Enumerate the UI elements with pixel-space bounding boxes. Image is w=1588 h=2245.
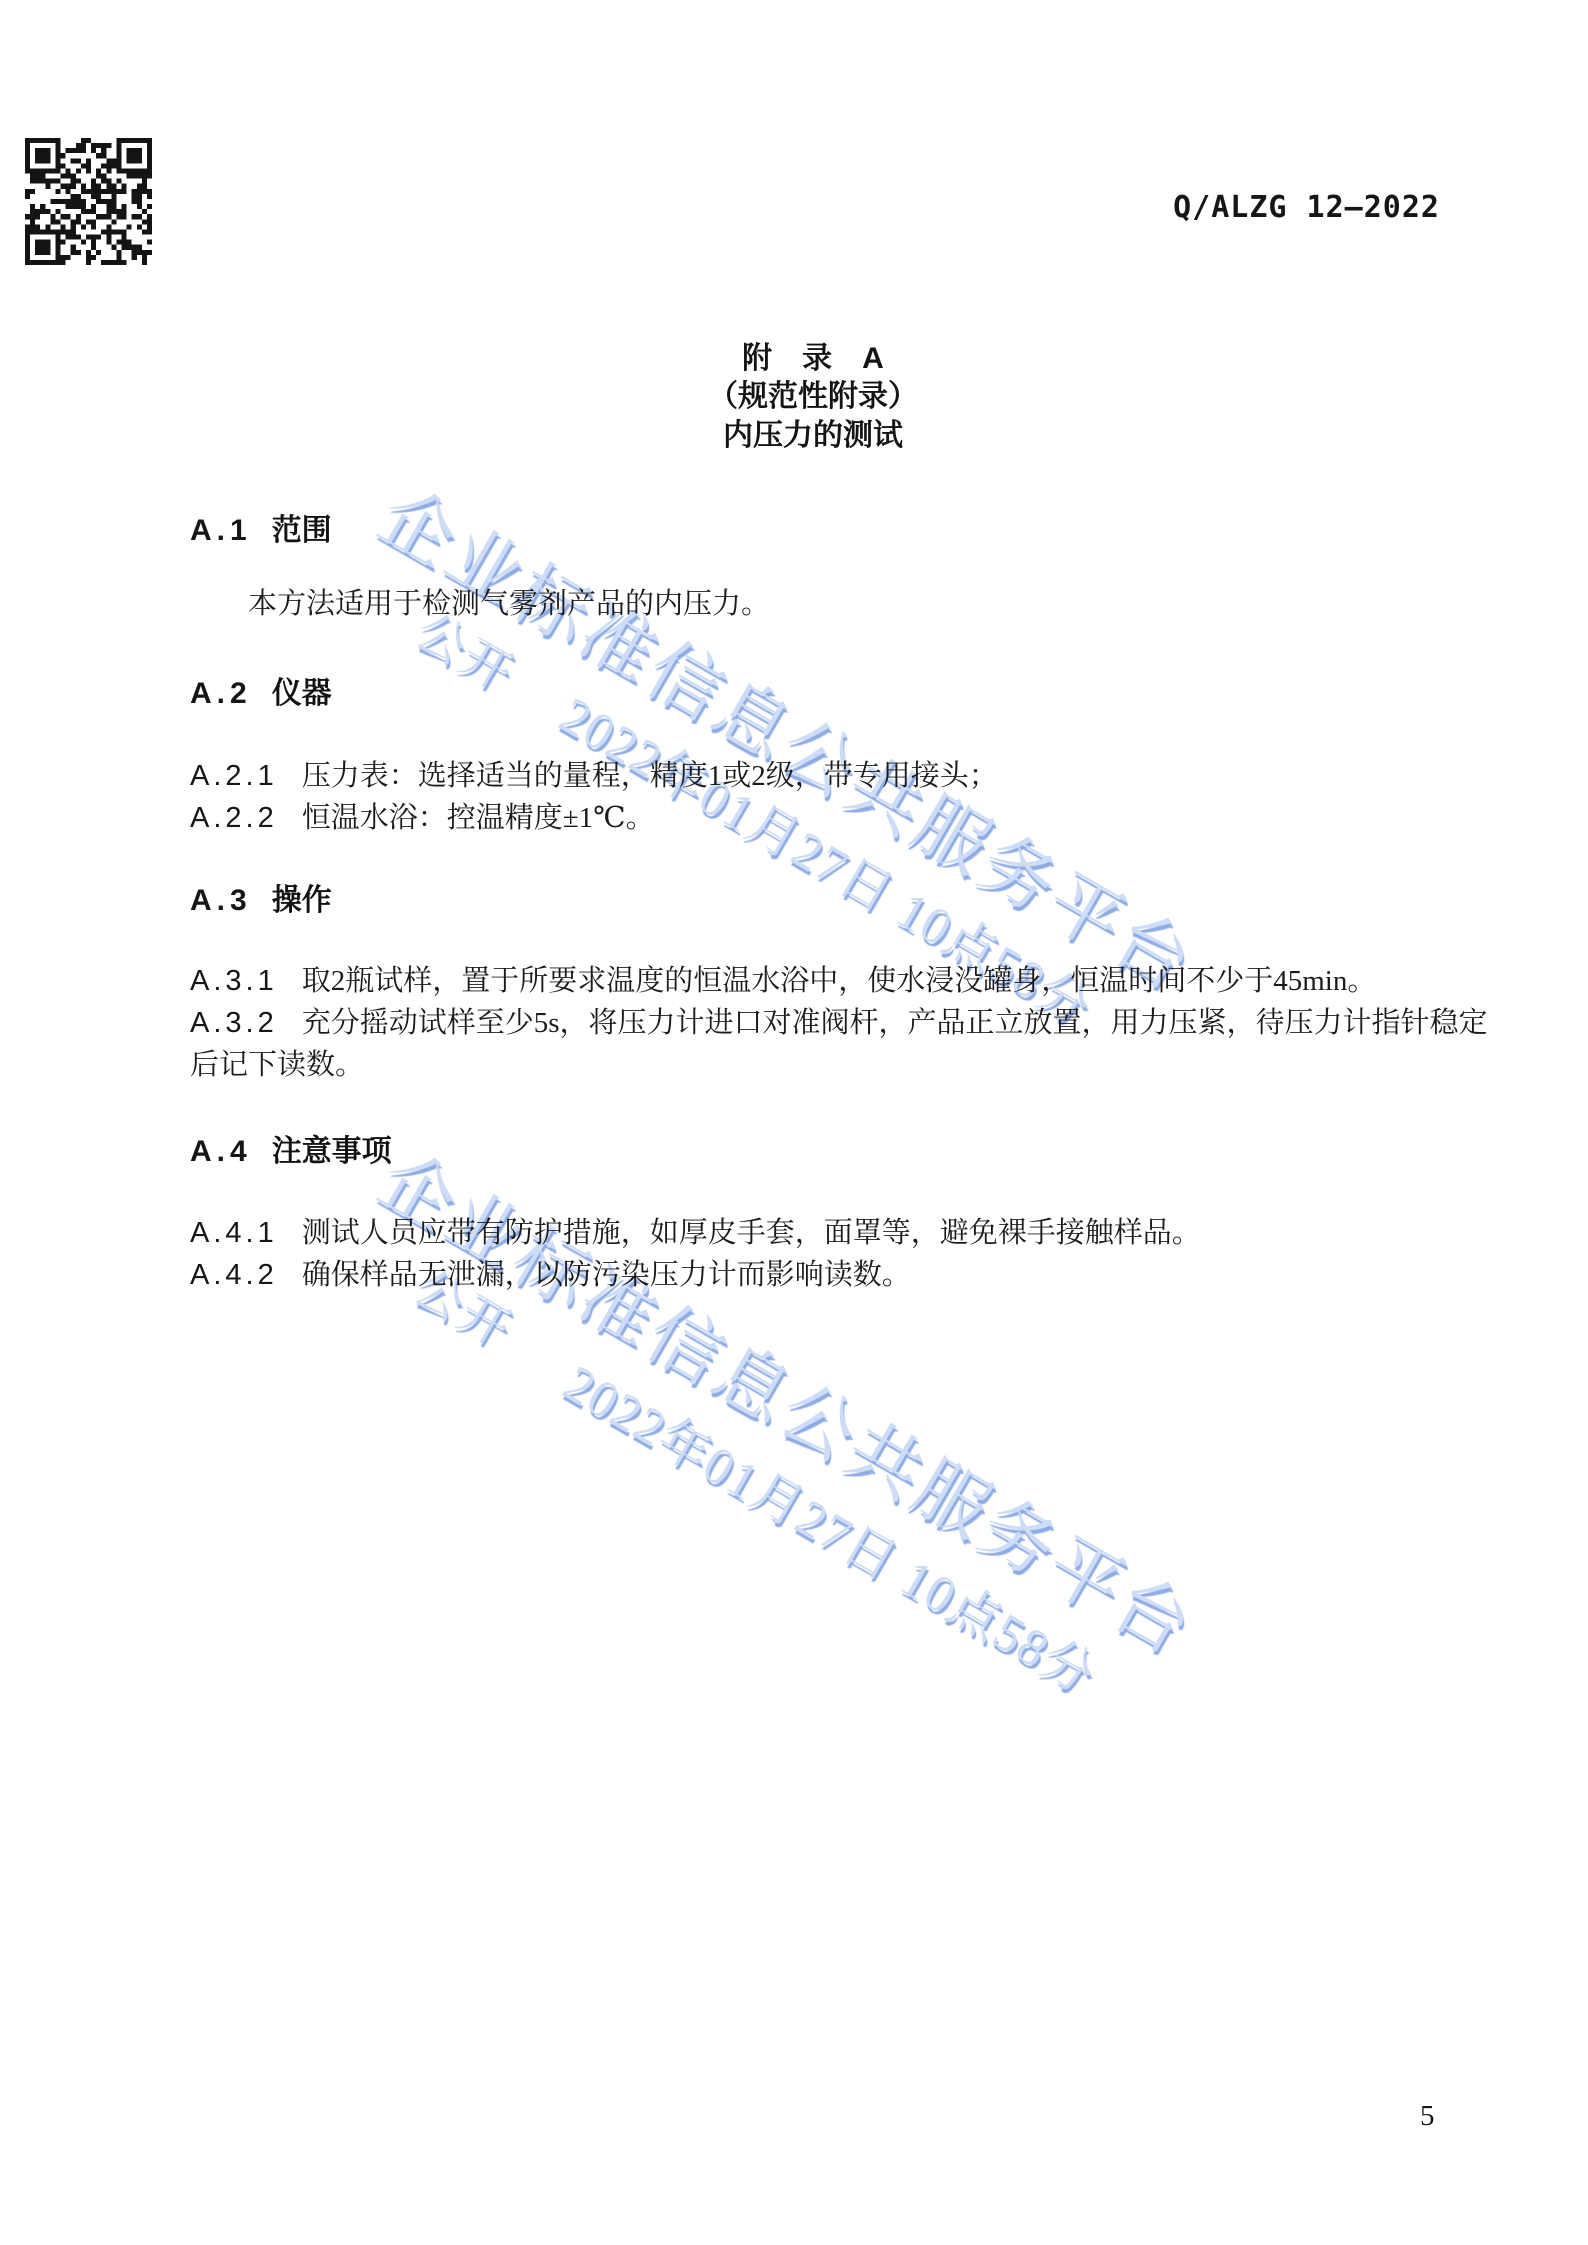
appendix-topic: 内压力的测试 xyxy=(190,410,1436,454)
clause-text: 充分摇动试样至少5s，将压力计进口对准阀杆，产品正立放置，用力压紧，待压力计指针… xyxy=(302,1007,1488,1039)
section-number: A.3 xyxy=(190,884,252,918)
appendix-subtitle: （规范性附录） xyxy=(190,371,1436,415)
clause-text: 取2瓶试样，置于所要求温度的恒温水浴中，使水浸没罐身，恒温时间不少于45min。 xyxy=(302,965,1377,997)
document-page: Q/ALZG 12—2022 企业标准信息公共服务平台 公开 2022年01月2… xyxy=(0,0,1588,2245)
clause-number: A.3.2 xyxy=(190,1007,278,1040)
section-title: 范围 xyxy=(272,514,332,547)
clause-a21: A.2.1压力表：选择适当的量程，精度1或2级，带专用接头； xyxy=(190,753,1460,794)
clause-a41: A.4.1测试人员应带有防护措施，如厚皮手套，面罩等，避免裸手接触样品。 xyxy=(190,1210,1460,1251)
clause-number: A.3.1 xyxy=(190,965,278,998)
clause-text: 确保样品无泄漏，以防污染压力计而影响读数。 xyxy=(302,1259,911,1291)
clause-a31: A.3.1取2瓶试样，置于所要求温度的恒温水浴中，使水浸没罐身，恒温时间不少于4… xyxy=(190,958,1460,999)
section-title: 注意事项 xyxy=(272,1135,392,1168)
section-number: A.2 xyxy=(190,677,252,711)
paragraph-scope: 本方法适用于检测气雾剂产品的内压力。 xyxy=(190,581,1518,622)
doc-code: Q/ALZG 12—2022 xyxy=(1173,190,1440,225)
section-heading-a2: A.2仪器 xyxy=(190,668,1460,712)
clause-a22: A.2.2恒温水浴：控温精度±1℃。 xyxy=(190,795,1460,836)
clause-number: A.2.1 xyxy=(190,760,278,793)
clause-text: 压力表：选择适当的量程，精度1或2级，带专用接头； xyxy=(302,760,998,792)
section-number: A.4 xyxy=(190,1135,252,1169)
clause-number: A.4.2 xyxy=(190,1259,278,1292)
watermark-platform-text: 企业标准信息公共服务平台 xyxy=(363,1122,1216,1676)
clause-text: 恒温水浴：控温精度±1℃。 xyxy=(302,802,655,834)
clause-number: A.2.2 xyxy=(190,802,278,835)
section-number: A.1 xyxy=(190,514,252,548)
section-heading-a4: A.4注意事项 xyxy=(190,1126,1460,1170)
section-title: 仪器 xyxy=(272,677,332,710)
page-number: 5 xyxy=(1420,2100,1435,2133)
clause-a32: A.3.2充分摇动试样至少5s，将压力计进口对准阀杆，产品正立放置，用力压紧，待… xyxy=(190,1000,1460,1041)
watermark-datetime-text: 2022年01月27日 10点58分 xyxy=(553,1342,1113,1708)
clause-number: A.4.1 xyxy=(190,1217,278,1250)
clause-a32-continuation: 后记下读数。 xyxy=(190,1042,1460,1083)
section-heading-a1: A.1范围 xyxy=(190,505,1460,549)
clause-text: 测试人员应带有防护措施，如厚皮手套，面罩等，避免裸手接触样品。 xyxy=(302,1217,1201,1249)
clause-a42: A.4.2确保样品无泄漏，以防污染压力计而影响读数。 xyxy=(190,1252,1460,1293)
qr-code xyxy=(25,138,152,265)
section-title: 操作 xyxy=(272,884,332,917)
section-heading-a3: A.3操作 xyxy=(190,875,1460,919)
